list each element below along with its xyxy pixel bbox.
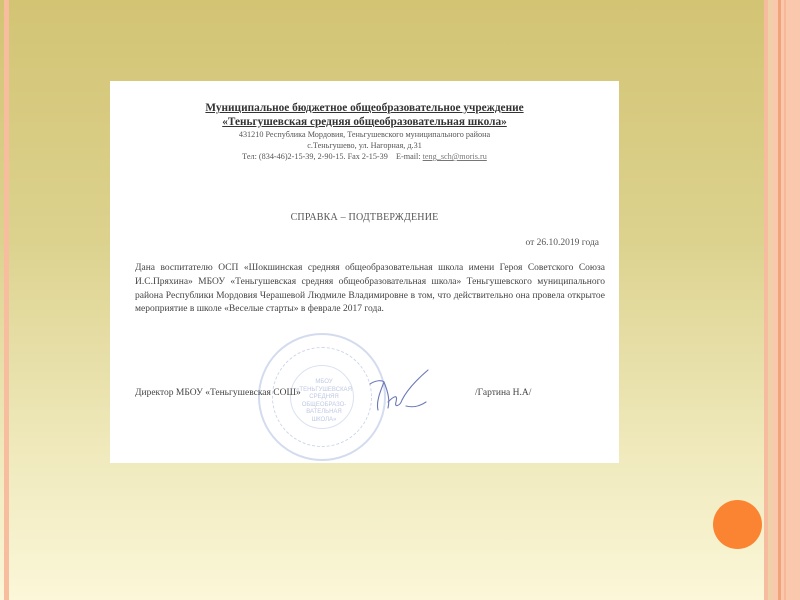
signer-name: /Гартина Н.А/ (475, 388, 531, 398)
address-line1: 431210 Республика Мордовия, Теньгушевско… (110, 129, 619, 140)
phone-fax: Тел: (834-46)2-15-39, 2-90-15. Fax 2-15-… (242, 152, 388, 161)
document-image: Муниципальное бюджетное общеобразователь… (110, 81, 619, 463)
org-name-line2: «Теньгушевская средняя общеобразовательн… (110, 115, 619, 129)
contacts-line: Тел: (834-46)2-15-39, 2-90-15. Fax 2-15-… (110, 151, 619, 162)
email-label: E-mail: (396, 152, 421, 161)
band-line (778, 0, 781, 600)
document-body: Дана воспитателю ОСП «Шокшинская средняя… (135, 262, 605, 317)
band-line (784, 0, 786, 600)
left-accent-stripe (4, 0, 9, 600)
signatory-title: Директор МБОУ «Теньгушевская СОШ» (135, 388, 301, 398)
signature-icon (362, 366, 437, 416)
email-link[interactable]: teng_sch@moris.ru (423, 152, 487, 161)
band-line (768, 0, 773, 600)
document-date: от 26.10.2019 года (526, 238, 599, 248)
org-name-line1: Муниципальное бюджетное общеобразователь… (110, 101, 619, 115)
document-title: СПРАВКА – ПОДТВЕРЖДЕНИЕ (110, 212, 619, 223)
address-line2: с.Теньгушево, ул. Нагорная, д.31 (110, 140, 619, 151)
letterhead: Муниципальное бюджетное общеобразователь… (110, 101, 619, 162)
orange-circle-decoration (713, 500, 762, 549)
stamp-text: МБОУ «ТЕНЬГУШЕВСКАЯ СРЕДНЯЯ ОБЩЕОБРАЗО- … (294, 379, 354, 424)
right-decorative-band (765, 0, 800, 600)
